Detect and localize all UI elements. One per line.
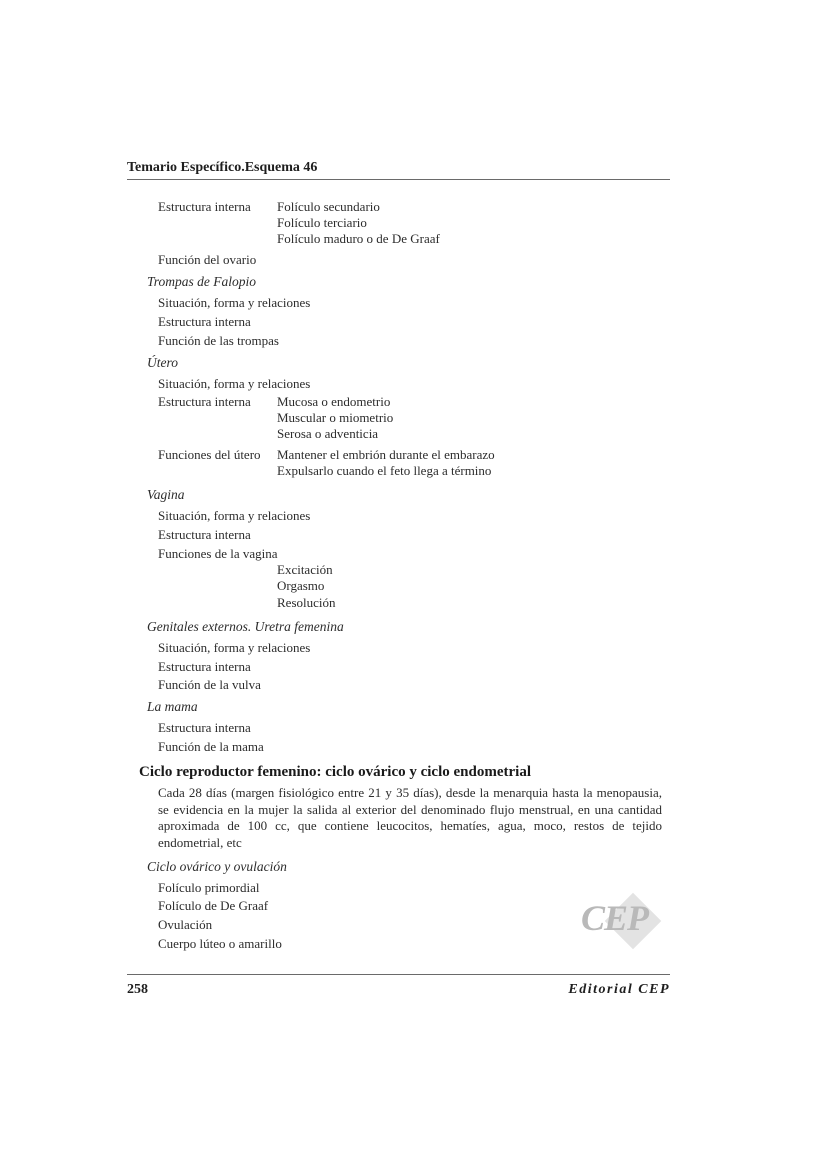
section-heading: Ciclo reproductor femenino: ciclo ováric… <box>139 764 531 781</box>
outline-item: Estructura interna <box>158 659 251 675</box>
outline-subitem: Resolución <box>277 595 336 611</box>
outline-item: Estructura interna <box>158 720 251 736</box>
outline-item: Función de las trompas <box>158 333 279 349</box>
section-title: Trompas de Falopio <box>147 274 256 290</box>
section-title: Genitales externos. Uretra femenina <box>147 619 344 635</box>
outline-subitem: Folículo secundario <box>277 199 380 215</box>
outline-subitem: Serosa o adventicia <box>277 426 378 442</box>
outline-label: Estructura interna <box>158 394 251 410</box>
outline-item: Situación, forma y relaciones <box>158 640 310 656</box>
section-title: Ciclo ovárico y ovulación <box>147 859 287 875</box>
page-number: 258 <box>127 982 148 998</box>
outline-item: Folículo primordial <box>158 880 259 896</box>
outline-item: Ovulación <box>158 917 212 933</box>
section-title: La mama <box>147 699 198 715</box>
outline-subitem: Folículo maduro o de De Graaf <box>277 231 440 247</box>
outline-item: Función de la vulva <box>158 677 261 693</box>
footer-rule <box>127 974 670 975</box>
body-paragraph: Cada 28 días (margen fisiológico entre 2… <box>158 785 662 851</box>
outline-label: Estructura interna <box>158 199 251 215</box>
outline-item: Situación, forma y relaciones <box>158 295 310 311</box>
outline-subitem: Mucosa o endometrio <box>277 394 390 410</box>
logo-text: CEP <box>581 897 648 939</box>
outline-item: Funciones de la vagina <box>158 546 278 562</box>
publisher-name: Editorial CEP <box>568 982 670 998</box>
outline-subitem: Muscular o miometrio <box>277 410 393 426</box>
book-page: Temario Específico.Esquema 46 Estructura… <box>0 0 828 1171</box>
running-head: Temario Específico.Esquema 46 <box>127 160 317 176</box>
outline-item: Estructura interna <box>158 527 251 543</box>
outline-item: Situación, forma y relaciones <box>158 508 310 524</box>
outline-subitem: Excitación <box>277 562 333 578</box>
outline-item: Función del ovario <box>158 252 256 268</box>
header-rule <box>127 179 670 180</box>
outline-item: Función de la mama <box>158 739 264 755</box>
outline-item: Situación, forma y relaciones <box>158 376 310 392</box>
outline-subitem: Mantener el embrión durante el embarazo <box>277 447 495 463</box>
outline-item: Estructura interna <box>158 314 251 330</box>
outline-subitem: Expulsarlo cuando el feto llega a términ… <box>277 463 491 479</box>
outline-item: Folículo de De Graaf <box>158 898 268 914</box>
outline-label: Funciones del útero <box>158 447 261 463</box>
cep-logo-watermark: CEP <box>575 895 670 955</box>
outline-subitem: Folículo terciario <box>277 215 367 231</box>
outline-item: Cuerpo lúteo o amarillo <box>158 936 282 952</box>
section-title: Vagina <box>147 487 185 503</box>
outline-subitem: Orgasmo <box>277 578 324 594</box>
section-title: Útero <box>147 355 178 371</box>
